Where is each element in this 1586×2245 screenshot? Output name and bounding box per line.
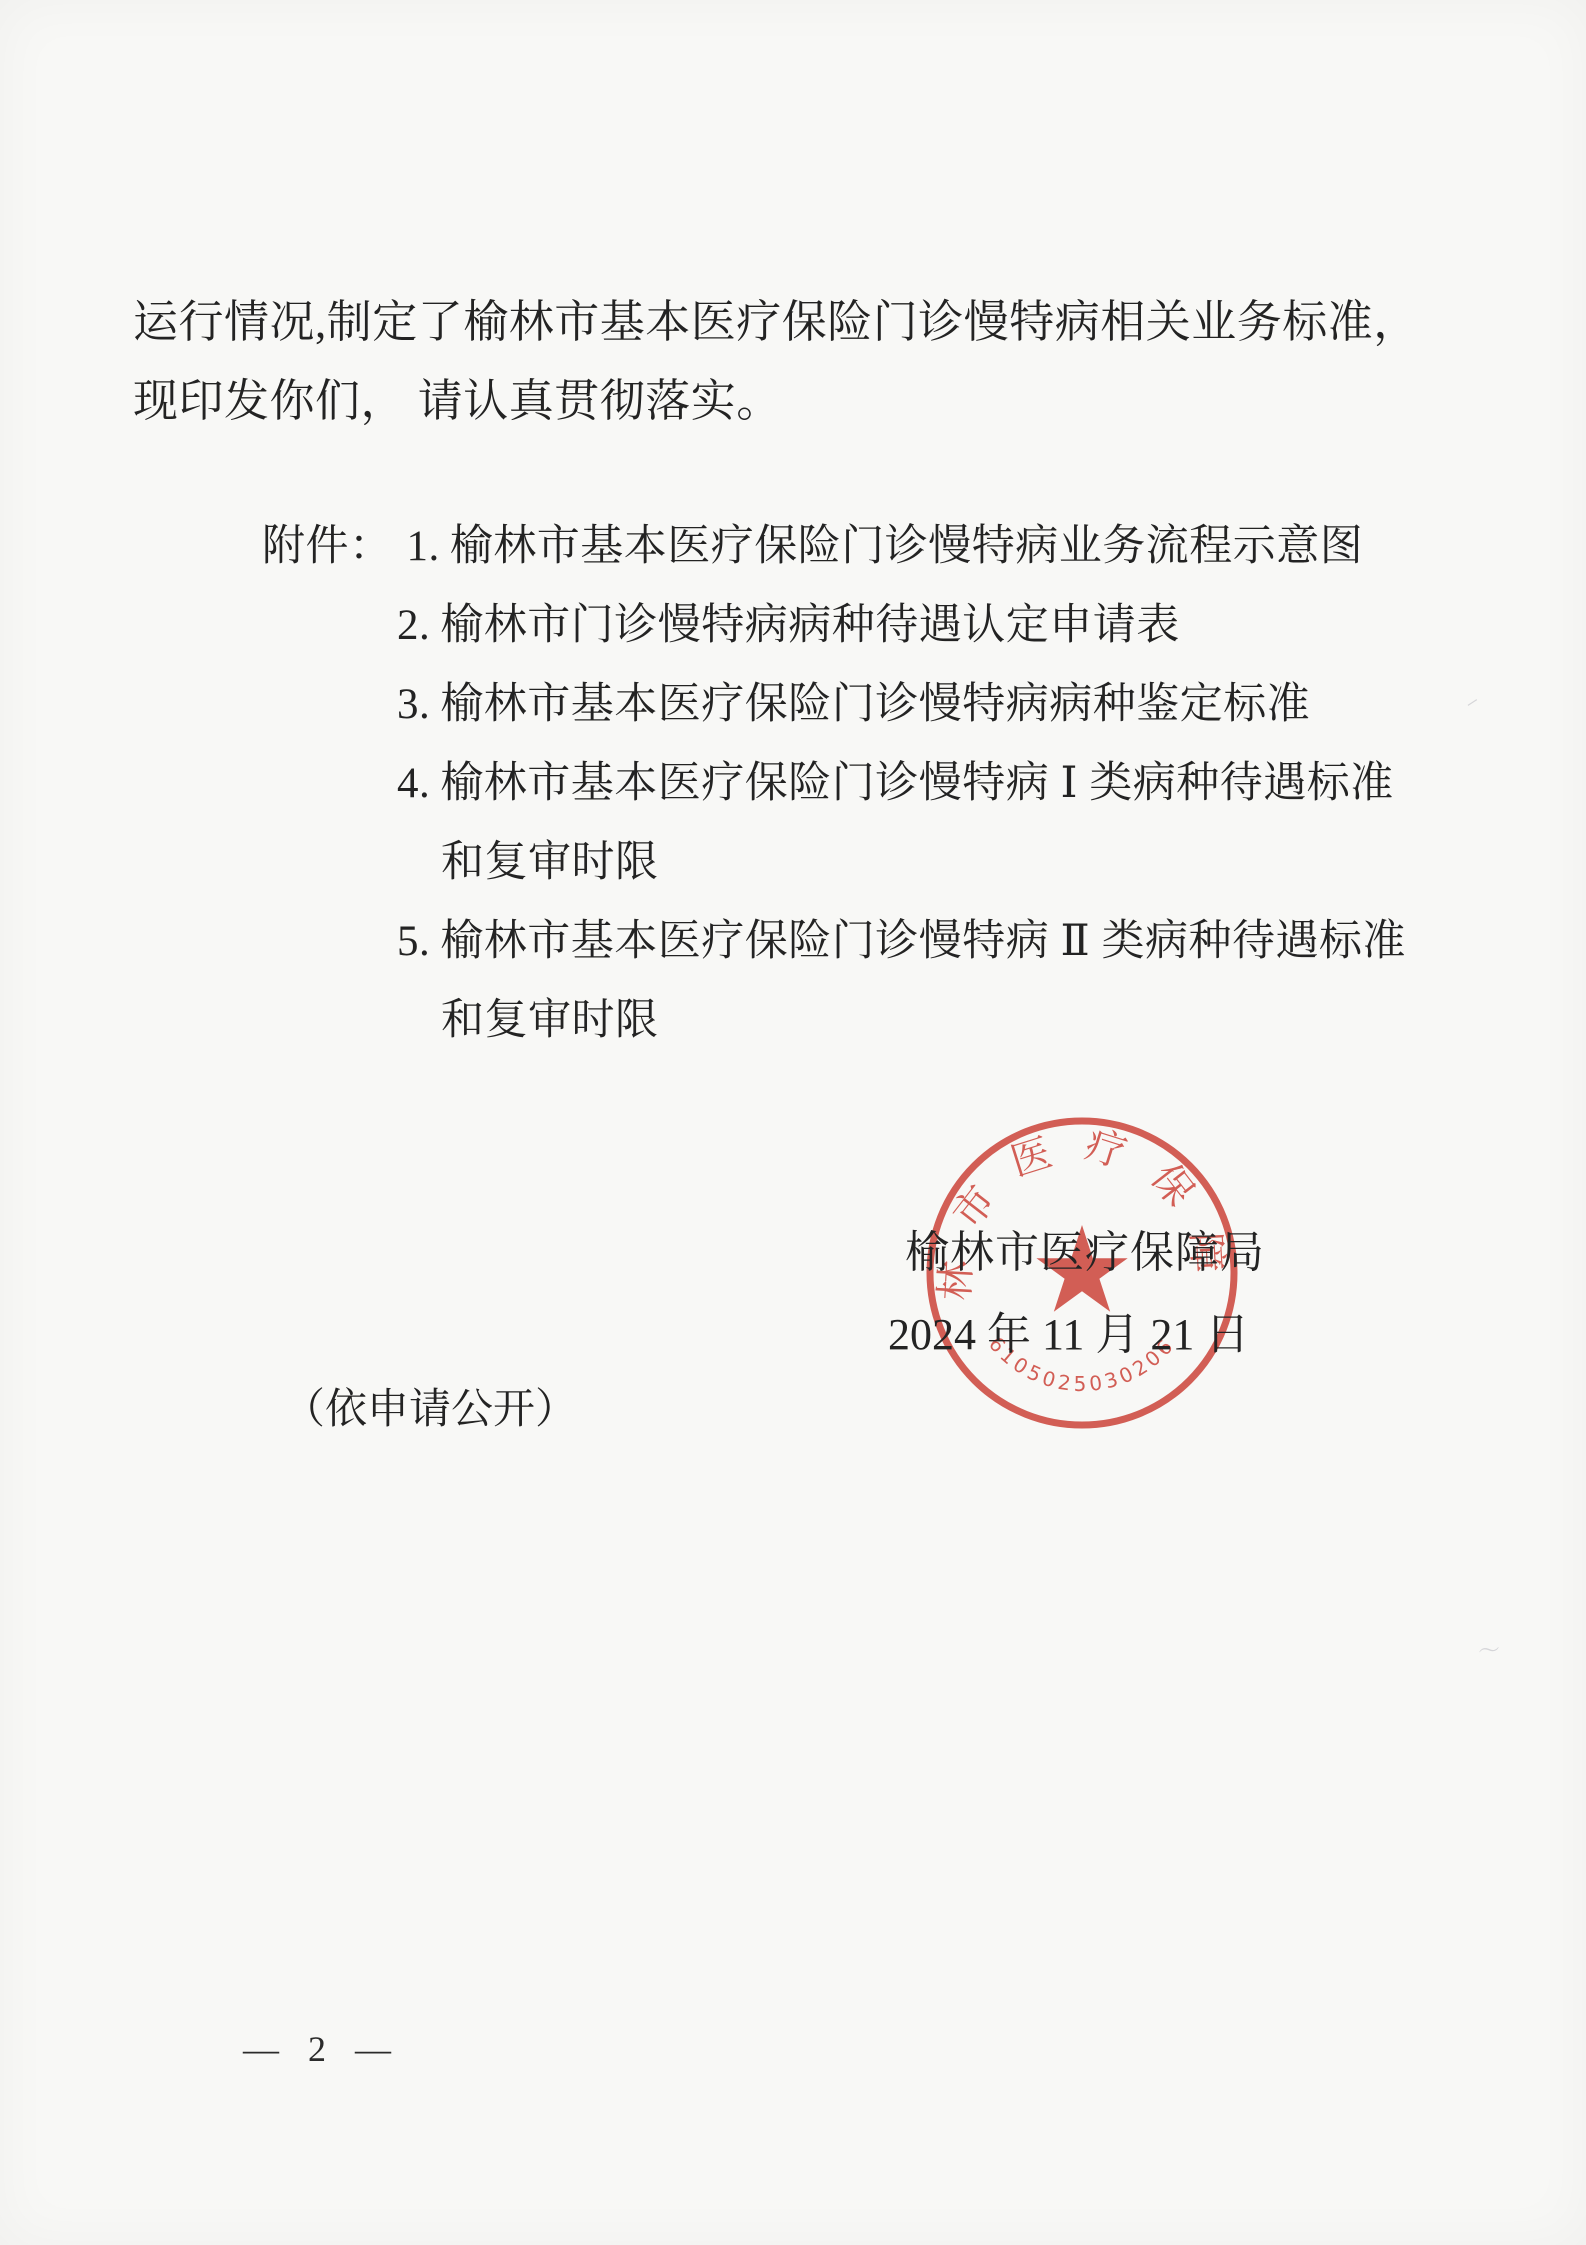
attachment-number: 4. — [397, 760, 430, 807]
attachment-item-4: 4.榆林市基本医疗保险门诊慢特病 Ⅰ 类病种待遇标准 — [397, 749, 1394, 810]
attachment-text: 榆林市基本医疗保险门诊慢特病业务流程示意图 — [450, 523, 1364, 570]
attachment-item-4-continuation: 和复审时限 — [441, 828, 659, 889]
attachment-item-5: 5.榆林市基本医疗保险门诊慢特病 Ⅱ 类病种待遇标准 — [397, 907, 1406, 968]
attachment-item-3: 3.榆林市基本医疗保险门诊慢特病病种鉴定标准 — [397, 670, 1310, 731]
signature-date: 2024 年 11 月 21 日 — [888, 1298, 1249, 1362]
attachment-text: 榆林市基本医疗保险门诊慢特病 Ⅰ 类病种待遇标准 — [440, 760, 1394, 807]
attachment-number: 3. — [397, 681, 430, 728]
scan-artifact: ⸝ — [1465, 681, 1482, 713]
attachment-item-5-continuation: 和复审时限 — [441, 986, 659, 1047]
attachment-text: 榆林市门诊慢特病病种待遇认定申请表 — [440, 602, 1180, 649]
document-page: 运行情况,制定了榆林市基本医疗保险门诊慢特病相关业务标准， 现印发你们， 请认真… — [0, 0, 1586, 2245]
attachment-number: 1. — [407, 523, 440, 570]
paragraph-line-2: 现印发你们， 请认真贯彻落实。 — [133, 364, 782, 429]
signature-organization: 榆林市医疗保障局 — [905, 1216, 1265, 1280]
attachment-text: 榆林市基本医疗保险门诊慢特病病种鉴定标准 — [440, 681, 1310, 728]
attachments-label: 附件： — [262, 523, 393, 570]
page-number: — 2 — — [243, 2028, 401, 2070]
attachment-text: 榆林市基本医疗保险门诊慢特病 Ⅱ 类病种待遇标准 — [440, 918, 1406, 965]
disclosure-note: （依申请公开） — [283, 1376, 577, 1436]
scan-artifact: 〜 — [1476, 1633, 1502, 1667]
attachment-number: 5. — [397, 918, 430, 965]
attachment-item-2: 2.榆林市门诊慢特病病种待遇认定申请表 — [397, 591, 1180, 652]
paragraph-line-1: 运行情况,制定了榆林市基本医疗保险门诊慢特病相关业务标准， — [133, 285, 1419, 350]
attachment-item-1: 附件：1.榆林市基本医疗保险门诊慢特病业务流程示意图 — [262, 512, 1363, 573]
attachment-number: 2. — [397, 602, 430, 649]
